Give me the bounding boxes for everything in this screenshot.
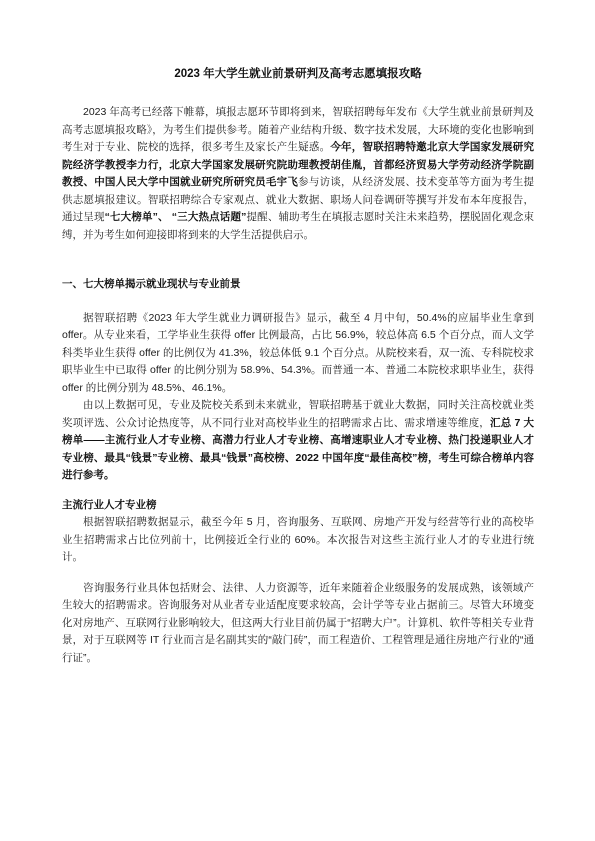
section-heading: 一、七大榜单揭示就业现状与专业前景 (62, 276, 534, 294)
text-run: 由以上数据可见，专业及院校关系到未来就业，智联招聘基于就业大数据，同时关注高校就… (62, 399, 534, 429)
text-run: “七大榜单”、 “三大热点话题” (105, 211, 247, 223)
paragraph: 据智联招聘《2023 年大学生就业力调研报告》显示，截至 4 月中旬，50.4%… (62, 310, 534, 398)
paragraph: 2023 年高考已经落下帷幕，填报志愿环节即将到来，智联招聘每年发布《大学生就业… (62, 104, 534, 244)
text-run: 主流行业人才专业榜 (62, 499, 157, 511)
document-page: 2023 年大学生就业前景研判及高考志愿填报攻略 2023 年高考已经落下帷幕，… (0, 0, 595, 841)
doc-title: 2023 年大学生就业前景研判及高考志愿填报攻略 (62, 66, 534, 83)
paragraph: 由以上数据可见，专业及院校关系到未来就业，智联招聘基于就业大数据，同时关注高校就… (62, 397, 534, 485)
text-run: 据智联招聘《2023 年大学生就业力调研报告》显示，截至 4 月中旬，50.4%… (62, 312, 534, 394)
paragraph: 根据智联招聘数据显示，截至今年 5 月，咨询服务、互联网、房地产开发与经营等行业… (62, 514, 534, 567)
text-run: 一、七大榜单揭示就业现状与专业前景 (62, 278, 241, 290)
text-run: 咨询服务行业具体包括财会、法律、人力资源等，近年来随着企业级服务的发展成熟，该领… (62, 582, 534, 664)
document-body: 2023 年高考已经落下帷幕，填报志愿环节即将到来，智联招聘每年发布《大学生就业… (62, 104, 534, 667)
text-run: 根据智联招聘数据显示，截至今年 5 月，咨询服务、互联网、房地产开发与经营等行业… (62, 516, 534, 563)
sub-heading: 主流行业人才专业榜 (62, 497, 534, 515)
paragraph: 咨询服务行业具体包括财会、法律、人力资源等，近年来随着企业级服务的发展成熟，该领… (62, 580, 534, 668)
